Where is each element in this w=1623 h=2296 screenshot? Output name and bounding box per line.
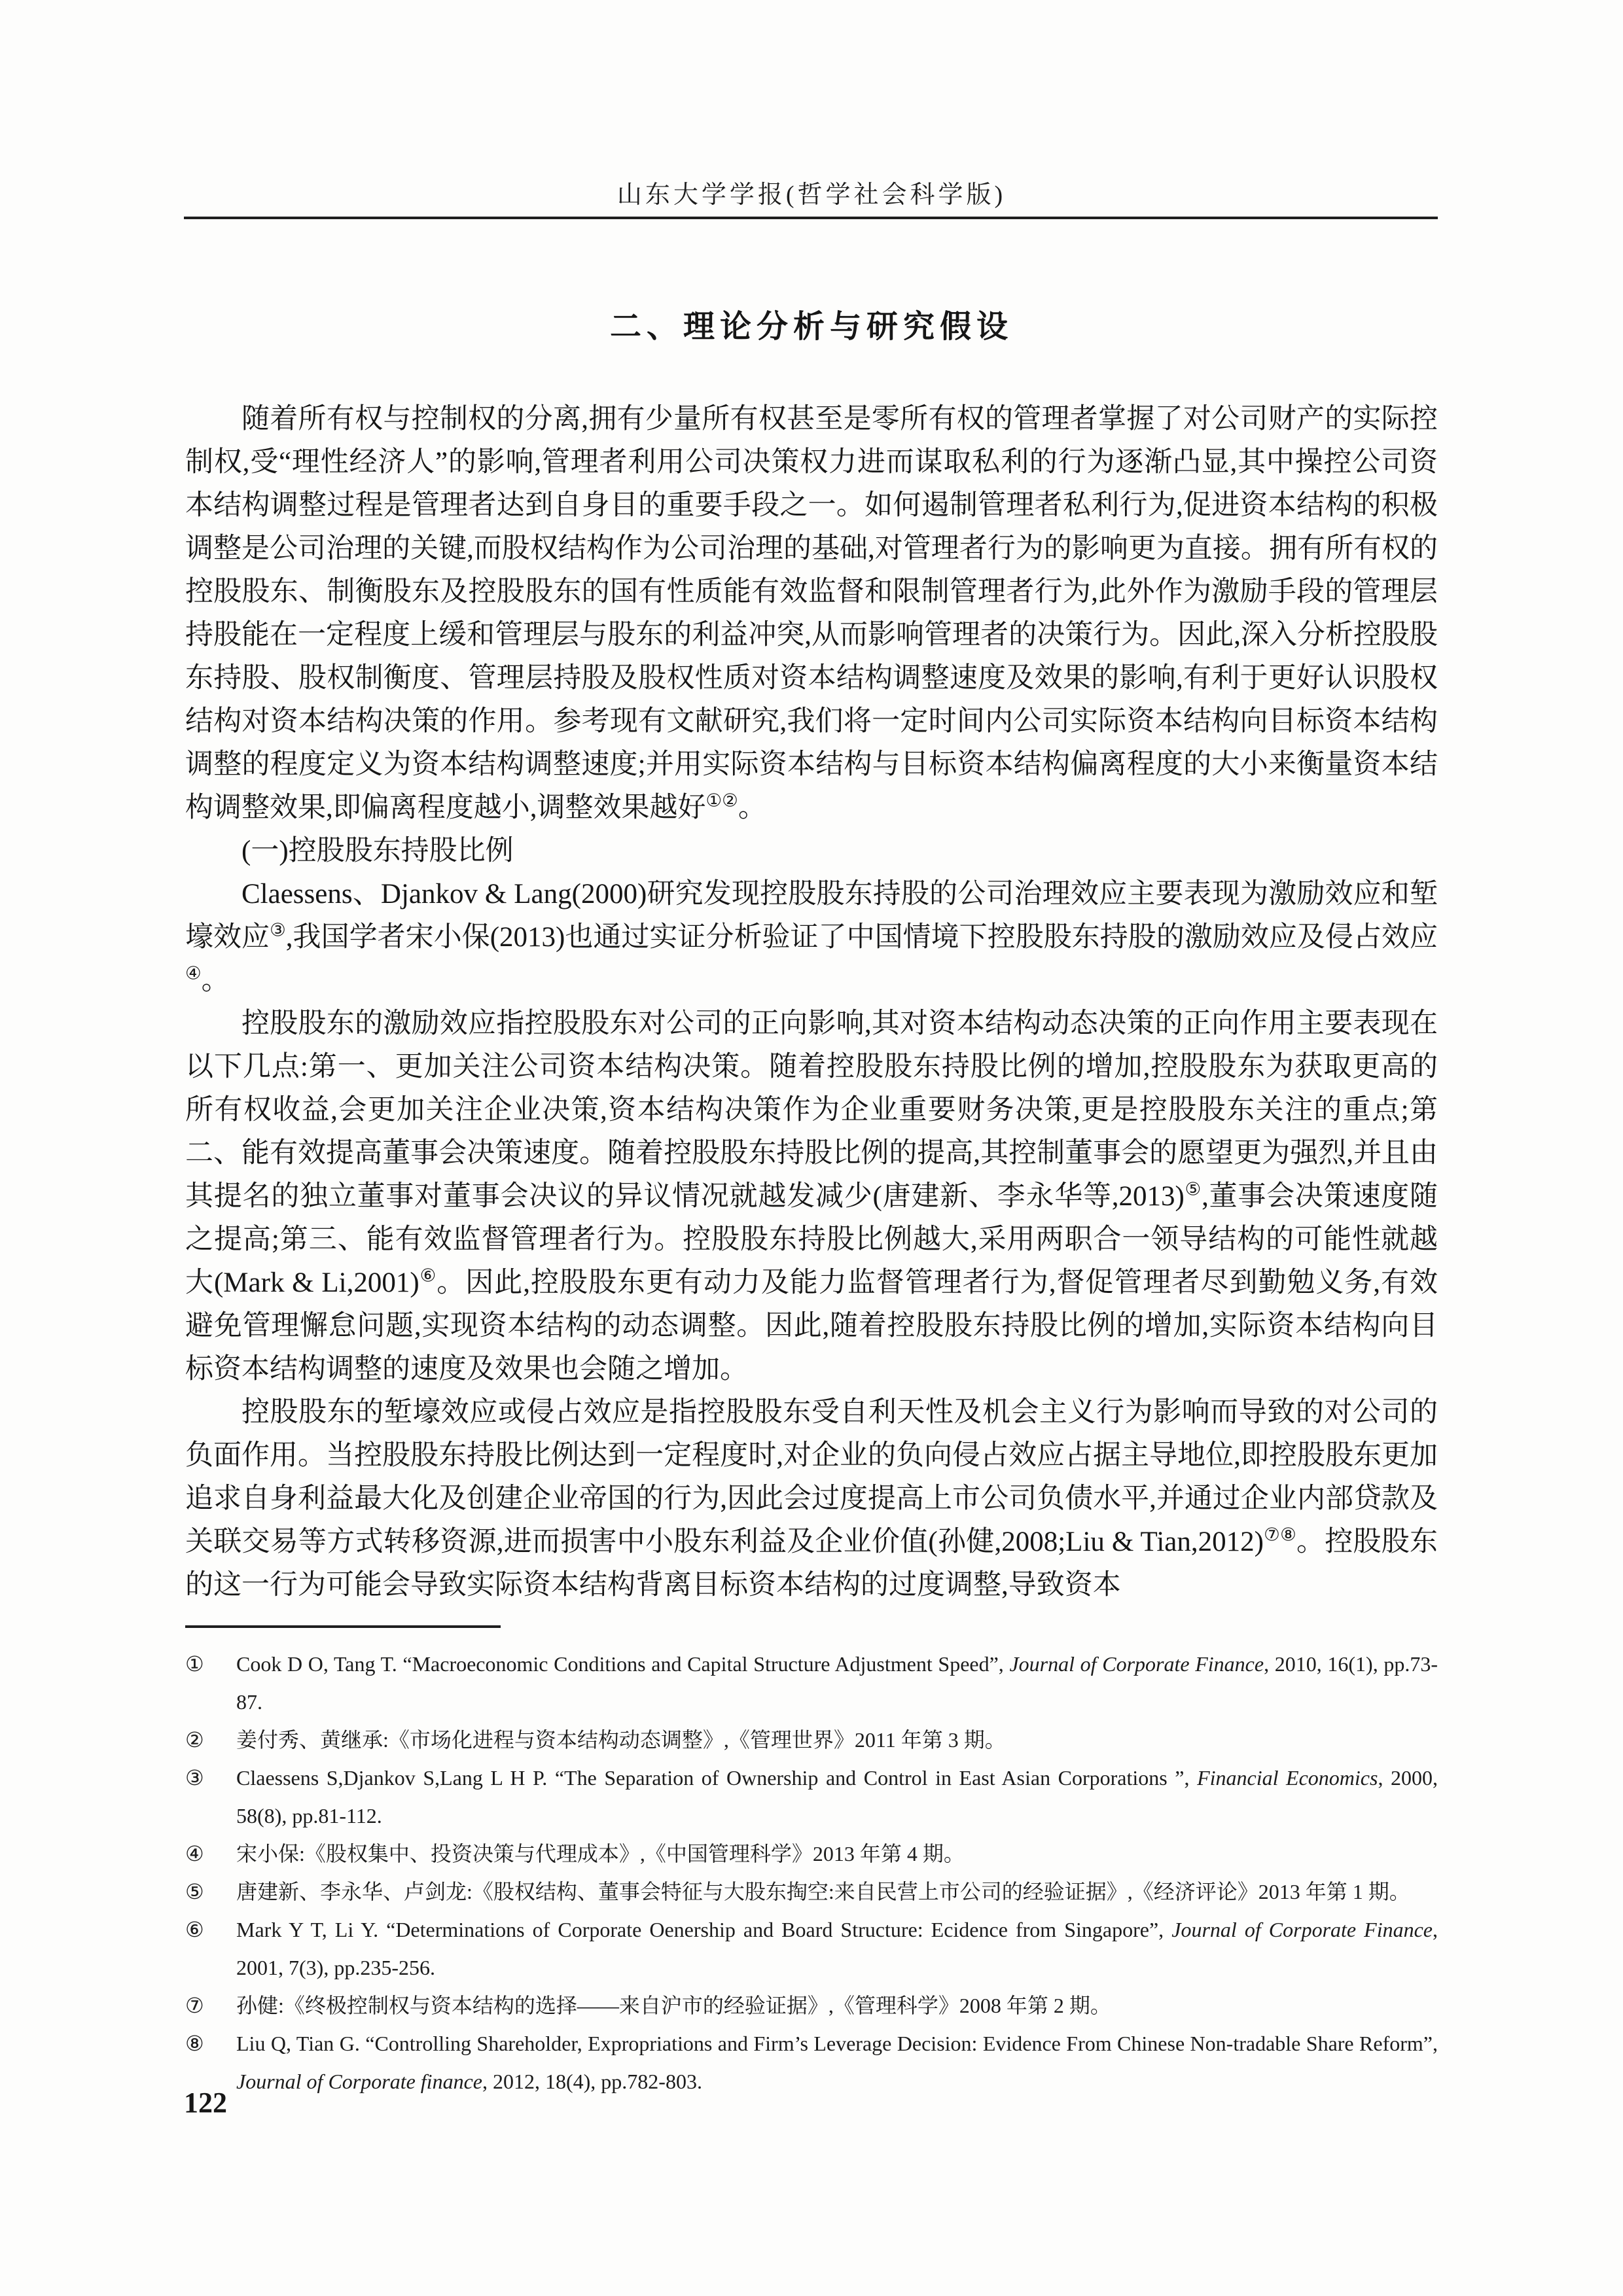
footnote-marker: ⑥ xyxy=(185,1911,236,1949)
footnote-text: 姜付秀、黄继承:《市场化进程与资本结构动态调整》,《管理世界》2011 年第 3… xyxy=(236,1721,1438,1759)
journal-page: 山东大学学报(哲学社会科学版) 二、理论分析与研究假设 随着所有权与控制权的分离… xyxy=(0,0,1623,2296)
footnote-item: ①Cook D O, Tang T. “Macroeconomic Condit… xyxy=(185,1645,1438,1721)
footnote-reference: ① xyxy=(706,790,722,811)
footnote-separator-rule xyxy=(185,1625,501,1628)
footnote-item: ③Claessens S,Djankov S,Lang L H P. “The … xyxy=(185,1759,1438,1835)
footnote-item: ⑧Liu Q, Tian G. “Controlling Shareholder… xyxy=(185,2024,1438,2100)
footnote-marker: ⑧ xyxy=(185,2024,236,2062)
page-number: 122 xyxy=(184,2086,227,2119)
subsection-heading: (一)控股股东持股比例 xyxy=(185,830,1438,873)
paragraph-intro: 随着所有权与控制权的分离,拥有少量所有权甚至是零所有权的管理者掌握了对公司财产的… xyxy=(185,398,1438,830)
footnote-reference: ⑦ xyxy=(1264,1525,1280,1545)
footnote-item: ⑤唐建新、李永华、卢剑龙:《股权结构、董事会特征与大股东掏空:来自民营上市公司的… xyxy=(185,1873,1438,1911)
footnote-text: Claessens S,Djankov S,Lang L H P. “The S… xyxy=(236,1759,1438,1835)
footnote-text: Cook D O, Tang T. “Macroeconomic Conditi… xyxy=(236,1645,1438,1721)
footnote-marker: ③ xyxy=(185,1759,236,1797)
footnote-item: ②姜付秀、黄继承:《市场化进程与资本结构动态调整》,《管理世界》2011 年第 … xyxy=(185,1721,1438,1759)
footnote-reference: ④ xyxy=(185,963,202,983)
paragraph-entrenchment-effect: 控股股东的堑壕效应或侵占效应是指控股股东受自利天性及机会主义行为影响而导致的对公… xyxy=(185,1391,1438,1607)
footnote-text: 孙健:《终极控制权与资本结构的选择——来自沪市的经验证据》,《管理科学》2008… xyxy=(236,1987,1438,2024)
footnote-item: ⑦孙健:《终极控制权与资本结构的选择——来自沪市的经验证据》,《管理科学》200… xyxy=(185,1987,1438,2024)
footnote-item: ④宋小保:《股权集中、投资决策与代理成本》,《中国管理科学》2013 年第 4 … xyxy=(185,1835,1438,1873)
paragraph-claessens: Claessens、Djankov & Lang(2000)研究发现控股股东持股… xyxy=(185,873,1438,1002)
header-rule xyxy=(184,217,1438,219)
footnote-marker: ① xyxy=(185,1645,236,1683)
page-content: 二、理论分析与研究假设 随着所有权与控制权的分离,拥有少量所有权甚至是零所有权的… xyxy=(185,308,1438,1607)
footnote-marker: ⑤ xyxy=(185,1873,236,1911)
footnote-text: Mark Y T, Li Y. “Determinations of Corpo… xyxy=(236,1911,1438,1987)
footnote-reference: ⑤ xyxy=(1185,1179,1202,1199)
footnote-reference: ⑧ xyxy=(1280,1525,1296,1545)
footnote-item: ⑥Mark Y T, Li Y. “Determinations of Corp… xyxy=(185,1911,1438,1987)
footnote-reference: ③ xyxy=(270,920,286,940)
footnote-marker: ② xyxy=(185,1721,236,1759)
section-title: 二、理论分析与研究假设 xyxy=(185,308,1438,347)
footnote-text: Liu Q, Tian G. “Controlling Shareholder,… xyxy=(236,2024,1438,2100)
footnote-reference: ② xyxy=(722,790,738,811)
footnote-text: 唐建新、李永华、卢剑龙:《股权结构、董事会特征与大股东掏空:来自民营上市公司的经… xyxy=(236,1873,1438,1911)
paragraph-incentive-effect: 控股股东的激励效应指控股股东对公司的正向影响,其对资本结构动态决策的正向作用主要… xyxy=(185,1002,1438,1391)
footnote-marker: ⑦ xyxy=(185,1987,236,2024)
footnote-text: 宋小保:《股权集中、投资决策与代理成本》,《中国管理科学》2013 年第 4 期… xyxy=(236,1835,1438,1873)
footnote-reference: ⑥ xyxy=(419,1265,437,1286)
footnotes: ①Cook D O, Tang T. “Macroeconomic Condit… xyxy=(185,1645,1438,2100)
footnote-marker: ④ xyxy=(185,1835,236,1873)
journal-header: 山东大学学报(哲学社会科学版) xyxy=(0,174,1623,210)
